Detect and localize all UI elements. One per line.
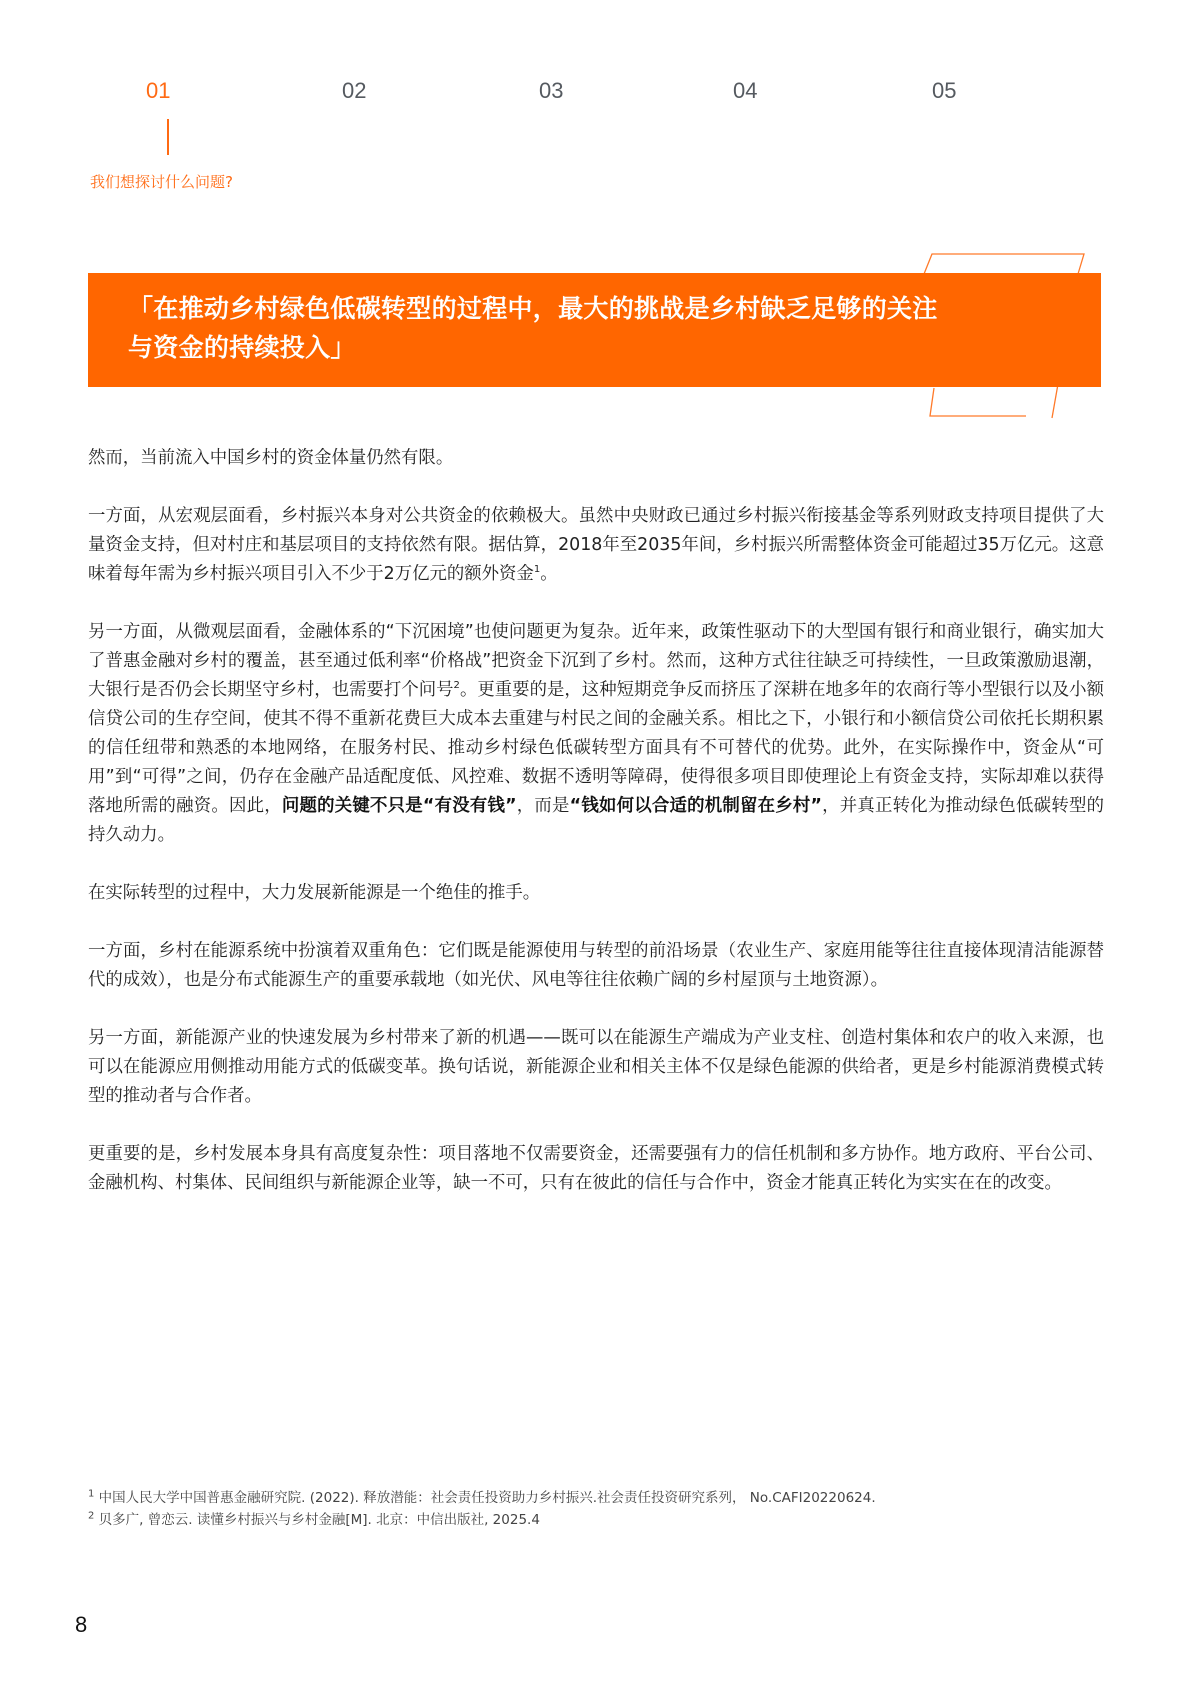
paragraph-4: 在实际转型的过程中，大力发展新能源是一个绝佳的推手。	[88, 879, 1104, 908]
footnote-2: 2 贝多广, 曾恋云. 读懂乡村振兴与乡村金融[M]. 北京：中信出版社, 20…	[88, 1509, 1104, 1531]
paragraph-3: 另一方面，从微观层面看，金融体系的“下沉困境”也使问题更为复杂。近年来，政策性驱…	[88, 618, 1104, 850]
footnote-text-2: 贝多广, 曾恋云. 读懂乡村振兴与乡村金融[M]. 北京：中信出版社, 2025…	[99, 1512, 540, 1528]
pull-quote-line-1: 「在推动乡村绿色低碳转型的过程中，最大的挑战是乡村缺乏足够的关注	[128, 289, 1068, 328]
footnotes: 1 中国人民大学中国普惠金融研究院. (2022). 释放潜能：社会责任投资助力…	[88, 1487, 1104, 1531]
pull-quote-banner: 「在推动乡村绿色低碳转型的过程中，最大的挑战是乡村缺乏足够的关注 与资金的持续投…	[88, 273, 1101, 387]
paragraph-5: 一方面，乡村在能源系统中扮演着双重角色：它们既是能源使用与转型的前沿场景（农业生…	[88, 937, 1104, 995]
footnote-mark-2: 2	[88, 1511, 94, 1522]
chapter-tab-03[interactable]: 03	[539, 78, 563, 104]
paragraph-2-end: 。	[540, 564, 557, 584]
page-number: 8	[75, 1612, 87, 1638]
paragraph-2-text: 一方面，从宏观层面看，乡村振兴本身对公共资金的依赖极大。虽然中央财政已通过乡村振…	[88, 506, 1104, 584]
footnote-mark-1: 1	[88, 1489, 94, 1500]
pull-quote-text: 「在推动乡村绿色低碳转型的过程中，最大的挑战是乡村缺乏足够的关注 与资金的持续投…	[128, 289, 1068, 367]
article-body: 然而，当前流入中国乡村的资金体量仍然有限。 一方面，从宏观层面看，乡村振兴本身对…	[88, 444, 1104, 1227]
chapter-tab-04[interactable]: 04	[733, 78, 757, 104]
paragraph-7: 更重要的是，乡村发展本身具有高度复杂性：项目落地不仅需要资金，还需要强有力的信任…	[88, 1140, 1104, 1198]
footnote-text-1: 中国人民大学中国普惠金融研究院. (2022). 释放潜能：社会责任投资助力乡村…	[99, 1490, 876, 1506]
pull-quote-line-2: 与资金的持续投入」	[128, 328, 1068, 367]
paragraph-6: 另一方面，新能源产业的快速发展为乡村带来了新的机遇——既可以在能源生产端成为产业…	[88, 1024, 1104, 1111]
chapter-tab-02[interactable]: 02	[342, 78, 366, 104]
key-point-1: 问题的关键不只是“有没有钱”	[282, 796, 517, 816]
paragraph-1: 然而，当前流入中国乡村的资金体量仍然有限。	[88, 444, 1104, 473]
paragraph-2: 一方面，从宏观层面看，乡村振兴本身对公共资金的依赖极大。虽然中央财政已通过乡村振…	[88, 502, 1104, 589]
key-point-2: “钱如何以合适的机制留在乡村”	[570, 796, 822, 816]
active-chapter-indicator	[167, 119, 169, 155]
chapter-tab-05[interactable]: 05	[932, 78, 956, 104]
paragraph-3-mid: ，而是	[517, 796, 570, 816]
chapter-caption: 我们想探讨什么问题?	[90, 171, 233, 192]
chapter-tab-01[interactable]: 01	[146, 78, 170, 104]
chapter-nav: 01 02 03 04 05	[0, 78, 1189, 108]
footnote-1: 1 中国人民大学中国普惠金融研究院. (2022). 释放潜能：社会责任投资助力…	[88, 1487, 1104, 1509]
